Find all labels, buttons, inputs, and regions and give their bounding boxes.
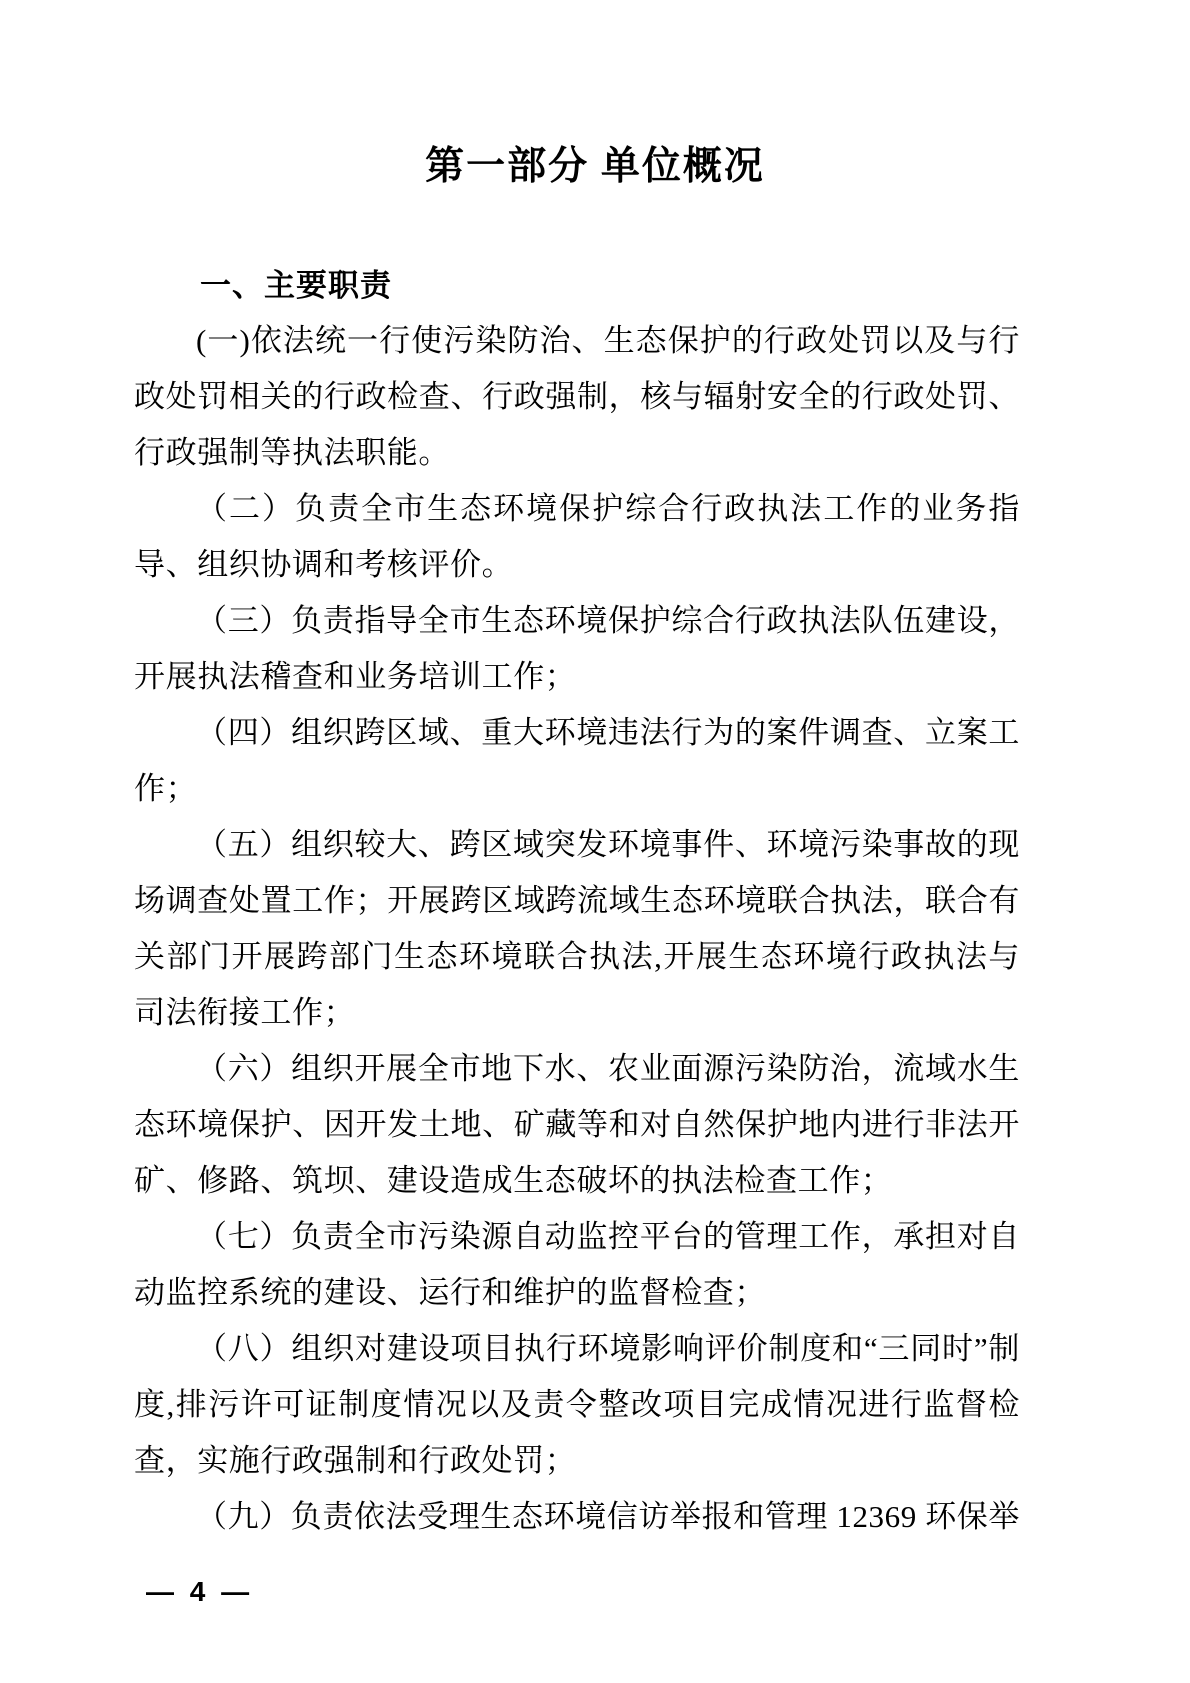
paragraph-2: （二）负责全市生态环境保护综合行政执法工作的业务指导、组织协调和考核评价。 <box>134 481 1020 593</box>
paragraph-3: （三）负责指导全市生态环境保护综合行政执法队伍建设，开展执法稽查和业务培训工作； <box>134 593 1020 705</box>
paragraph-1: (一)依法统一行使污染防治、生态保护的行政处罚以及与行政处罚相关的行政检查、行政… <box>134 313 1020 481</box>
paragraph-7: （七）负责全市污染源自动监控平台的管理工作，承担对自动监控系统的建设、运行和维护… <box>134 1209 1020 1321</box>
page-title: 第一部分 单位概况 <box>0 0 1190 190</box>
paragraph-4: （四）组织跨区域、重大环境违法行为的案件调查、立案工作； <box>134 705 1020 817</box>
document-body: (一)依法统一行使污染防治、生态保护的行政处罚以及与行政处罚相关的行政检查、行政… <box>134 313 1020 1545</box>
section-heading: 一、主要职责 <box>200 268 1190 304</box>
paragraph-9: （九）负责依法受理生态环境信访举报和管理 12369 环保举 <box>134 1489 1020 1545</box>
paragraph-6: （六）组织开展全市地下水、农业面源污染防治，流域水生态环境保护、因开发土地、矿藏… <box>134 1041 1020 1209</box>
page-number: — 4 — <box>146 1576 253 1608</box>
document-page: 第一部分 单位概况 一、主要职责 (一)依法统一行使污染防治、生态保护的行政处罚… <box>0 0 1190 1683</box>
paragraph-5: （五）组织较大、跨区域突发环境事件、环境污染事故的现场调查处置工作；开展跨区域跨… <box>134 817 1020 1041</box>
paragraph-8: （八）组织对建设项目执行环境影响评价制度和“三同时”制度,排污许可证制度情况以及… <box>134 1321 1020 1489</box>
